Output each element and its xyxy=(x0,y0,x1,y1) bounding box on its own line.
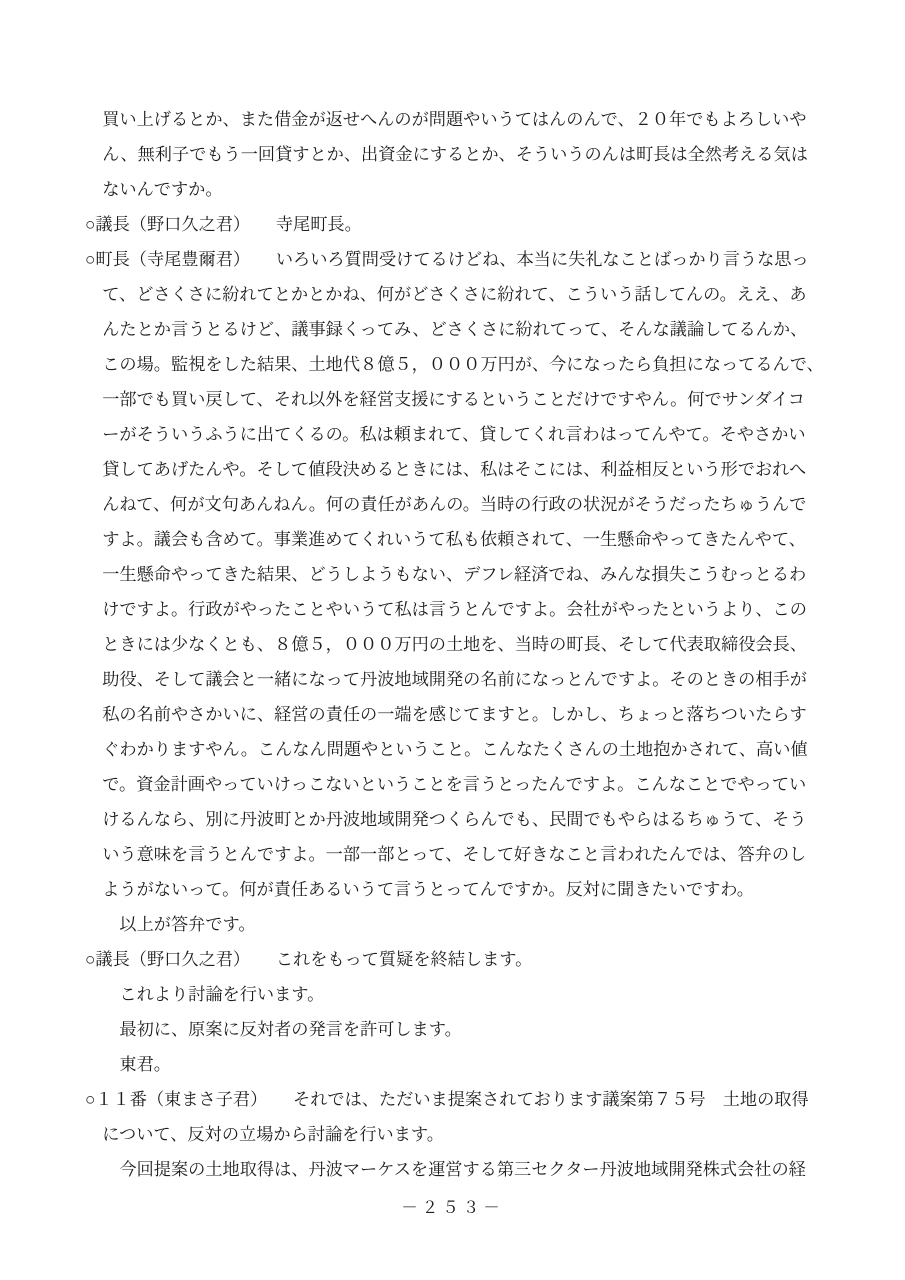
transcript-line: 今回提案の土地取得は、丹波マーケスを運営する第三セクター丹波地域開発株式会社の経 xyxy=(85,1152,829,1187)
transcript-line: について、反対の立場から討論を行います。 xyxy=(85,1117,829,1152)
transcript-line-speaker-chairman: ○議長（野口久之君） これをもって質疑を終結します。 xyxy=(85,942,829,977)
transcript-line: いう意味を言うとんですよ。一部一部とって、そして好きなこと言われたんでは、答弁の… xyxy=(85,837,829,872)
transcript-line: ないんですか。 xyxy=(85,172,829,207)
document-page: 買い上げるとか、また借金が返せへんのが問題やいうてはんのんで、２０年でもよろしい… xyxy=(0,0,905,1280)
transcript-line: ぐわかりますやん。こんなん問題やということ。こんなたくさんの土地抱かされて、高い… xyxy=(85,732,829,767)
transcript-line: て、どさくさに紛れてとかとかね、何がどさくさに紛れて、こういう話してんの。ええ、… xyxy=(85,277,829,312)
transcript-line: んねて、何が文句あんねん。何の責任があんの。当時の行政の状況がそうだったちゅうん… xyxy=(85,487,829,522)
transcript-line: けですよ。行政がやったことやいうて私は言うとんですよ。会社がやったというより、こ… xyxy=(85,592,829,627)
transcript-line: これより討論を行います。 xyxy=(85,977,829,1012)
transcript-line: んたとか言うとるけど、議事録くってみ、どさくさに紛れてって、そんな議論してるんか… xyxy=(85,312,829,347)
transcript-line-speaker-member-11: ○１１番（東まさ子君） それでは、ただいま提案されております議案第７５号 土地の… xyxy=(85,1082,829,1117)
transcript-line: 一生懸命やってきた結果、どうしようもない、デフレ経済でね、みんな損失こうむっとる… xyxy=(85,557,829,592)
transcript-body: 買い上げるとか、また借金が返せへんのが問題やいうてはんのんで、２０年でもよろしい… xyxy=(85,102,829,1187)
transcript-line: けるんなら、別に丹波町とか丹波地域開発つくらんでも、民間でもやらはるちゅうて、そ… xyxy=(85,802,829,837)
transcript-line: で。資金計画やっていけっこないということを言うとったんですよ。こんなことでやって… xyxy=(85,767,829,802)
transcript-line: ん、無利子でもう一回貸すとか、出資金にするとか、そういうのんは町長は全然考える気… xyxy=(85,137,829,172)
transcript-line: 以上が答弁です。 xyxy=(85,907,829,942)
transcript-line: 東君。 xyxy=(85,1047,829,1082)
transcript-line: ーがそういうふうに出てくるの。私は頼まれて、貸してくれ言わはってんやて。そやさか… xyxy=(85,417,829,452)
transcript-line: ようがないって。何が責任あるいうて言うとってんですか。反対に聞きたいですわ。 xyxy=(85,872,829,907)
transcript-line: 一部でも買い戻して、それ以外を経営支援にするということだけですやん。何でサンダイ… xyxy=(85,382,829,417)
transcript-line-speaker-mayor: ○町長（寺尾豊爾君） いろいろ質問受けてるけどね、本当に失礼なことばっかり言うな… xyxy=(85,242,829,277)
transcript-line: 買い上げるとか、また借金が返せへんのが問題やいうてはんのんで、２０年でもよろしい… xyxy=(85,102,829,137)
transcript-line: 助役、そして議会と一緒になって丹波地域開発の名前になっとんですよ。そのときの相手… xyxy=(85,662,829,697)
transcript-line-speaker-chairman: ○議長（野口久之君） 寺尾町長。 xyxy=(85,207,829,242)
transcript-line: 最初に、原案に反対者の発言を許可します。 xyxy=(85,1012,829,1047)
transcript-line: この場。監視をした結果、土地代８億５，０００万円が、今になったら負担になってるん… xyxy=(85,347,829,382)
transcript-line: 貸してあげたんや。そして値段決めるときには、私はそこには、利益相反という形でおれ… xyxy=(85,452,829,487)
page-number: －２５３－ xyxy=(0,1194,905,1218)
transcript-line: 私の名前やさかいに、経営の責任の一端を感じてますと。しかし、ちょっと落ちついたら… xyxy=(85,697,829,732)
transcript-line: ときには少なくとも、８億５，０００万円の土地を、当時の町長、そして代表取締役会長… xyxy=(85,627,829,662)
transcript-line: すよ。議会も含めて。事業進めてくれいうて私も依頼されて、一生懸命やってきたんやて… xyxy=(85,522,829,557)
